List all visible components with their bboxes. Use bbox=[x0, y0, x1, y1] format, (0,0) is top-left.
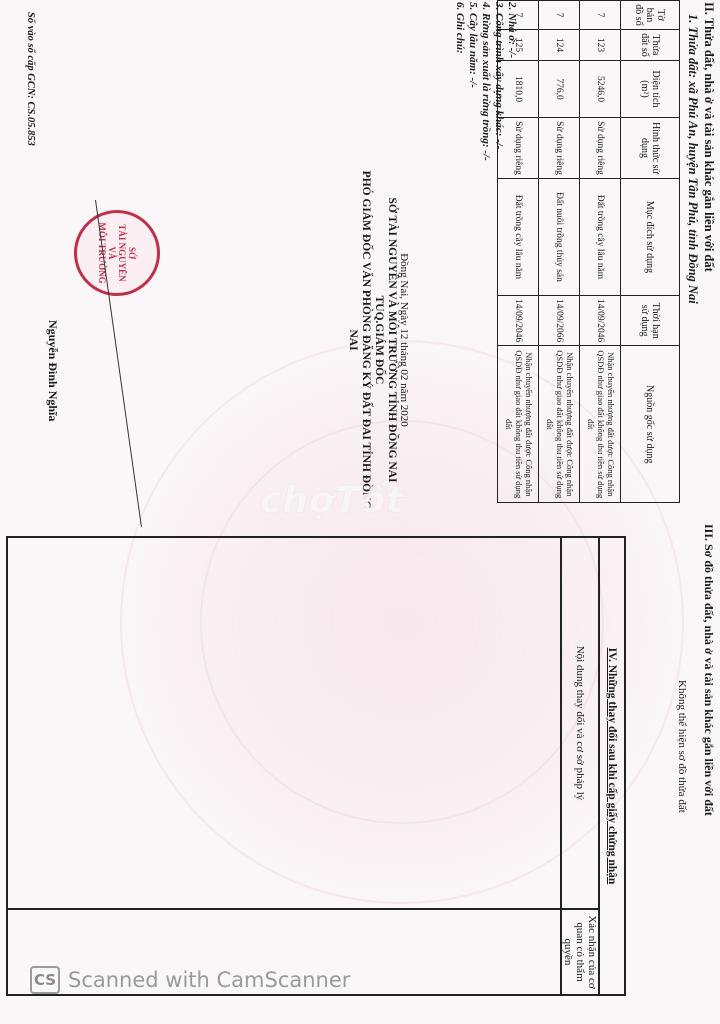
property-items: 2. Nhà ở: -/- 3. Công trình xây dựng khá… bbox=[453, 2, 518, 161]
cell-purpose: Đất trồng cây lâu năm bbox=[580, 179, 621, 296]
watermark: chợTốt bbox=[260, 480, 404, 521]
item-perennial-trees: 5. Cây lâu năm: -/- bbox=[466, 2, 479, 161]
cell-usage-form: Sử dụng riêng bbox=[539, 118, 580, 179]
stamp-line: VÀ bbox=[107, 247, 117, 260]
cell-area: 776,0 bbox=[539, 61, 580, 118]
item-notes: 6. Ghi chú: bbox=[453, 2, 466, 161]
col-change-content: Nội dung thay đổi và cơ sở pháp lý bbox=[562, 538, 598, 910]
cell-parcel-no: 123 bbox=[580, 30, 621, 61]
signer-name: Nguyễn Đình Nghĩa bbox=[45, 320, 60, 421]
issue-date: Đồng Nai, Ngày 12 tháng 02 năm 2020 bbox=[398, 170, 410, 510]
changes-table: IV. Những thay đổi sau khi cấp giấy chứn… bbox=[6, 536, 626, 996]
cell-term: 14/09/2046 bbox=[580, 296, 621, 346]
stamp-line: TÀI NGUYÊN bbox=[117, 224, 127, 281]
cell-origin: Nhận chuyển nhượng đất được Công nhận QS… bbox=[498, 346, 539, 503]
cell-parcel-no: 124 bbox=[539, 30, 580, 61]
changes-header-row: Nội dung thay đổi và cơ sở pháp lý Xác n… bbox=[560, 538, 598, 994]
diagram-and-changes-section: III. Sơ đồ thửa đất, nhà ở và tài sản kh… bbox=[0, 520, 720, 1024]
cell-origin: Nhận chuyển nhượng đất được Công nhận QS… bbox=[580, 346, 621, 503]
table-header-row: Tờ bản đồ số Thửa đất số Diện tích (m²) … bbox=[621, 1, 680, 503]
col-map-sheet: Tờ bản đồ số bbox=[621, 1, 680, 30]
cell-usage-form: Sử dụng riêng bbox=[580, 118, 621, 179]
col-parcel-no: Thửa đất số bbox=[621, 30, 680, 61]
changes-body-row bbox=[8, 538, 560, 994]
col-authority-confirmation: Xác nhận của cơ quan có thẩm quyền bbox=[562, 910, 598, 994]
cell-term: 14/09/2066 bbox=[539, 296, 580, 346]
col-origin: Nguồn gốc sử dụng bbox=[621, 346, 680, 503]
section-4-title: IV. Những thay đổi sau khi cấp giấy chứn… bbox=[598, 538, 624, 994]
table-row: 7 123 5246,0 Sử dụng riêng Đất trồng cây… bbox=[580, 1, 621, 503]
org-line-3: PHÓ GIÁM ĐỐC VĂN PHÒNG ĐĂNG KÝ ĐẤT ĐAI T… bbox=[346, 170, 372, 510]
camscanner-logo-icon: CS bbox=[30, 966, 60, 994]
stamp-line: SỞ bbox=[127, 247, 137, 259]
camscanner-badge: CS Scanned with CamScanner bbox=[30, 966, 350, 994]
org-line-1: SỞ TÀI NGUYÊN VÀ MÔI TRƯỜNG TỈNH ĐỒNG NA… bbox=[385, 170, 398, 510]
parcel-info-section: II. Thửa đất, nhà ở và tài sản khác gắn … bbox=[0, 0, 720, 520]
item-other-construction: 3. Công trình xây dựng khác: -/- bbox=[492, 2, 505, 161]
col-purpose: Mục đích sử dụng bbox=[621, 179, 680, 296]
no-diagram-note: Không thể hiện sơ đồ thửa đất bbox=[676, 680, 688, 813]
official-stamp: SỞ TÀI NGUYÊN VÀ MÔI TRƯỜNG bbox=[74, 210, 160, 296]
col-term: Thời hạn sử dụng bbox=[621, 296, 680, 346]
signature-block: Đồng Nai, Ngày 12 tháng 02 năm 2020 SỞ T… bbox=[346, 170, 410, 510]
item-planted-forest: 4. Rừng sản xuất là rừng trồng: -/- bbox=[479, 2, 492, 161]
org-line-2: TUQ.GIÁM ĐỐC bbox=[372, 170, 385, 510]
col-area: Diện tích (m²) bbox=[621, 61, 680, 118]
cell-area: 5246,0 bbox=[580, 61, 621, 118]
section-2-title: II. Thửa đất, nhà ở và tài sản khác gắn … bbox=[701, 2, 716, 272]
section-2-subtitle: 1. Thửa đất: xã Phú An, huyện Tân Phú, t… bbox=[685, 14, 700, 304]
item-house: 2. Nhà ở: -/- bbox=[505, 2, 518, 161]
cell-purpose: Đất trồng cây lâu năm bbox=[498, 179, 539, 296]
camscanner-text: Scanned with CamScanner bbox=[68, 968, 350, 992]
section-3-title: III. Sơ đồ thửa đất, nhà ở và tài sản kh… bbox=[701, 524, 716, 816]
col-usage-form: Hình thức sử dụng bbox=[621, 118, 680, 179]
cell-origin: Nhận chuyển nhượng đất được Công nhận QS… bbox=[539, 346, 580, 503]
cell-map-sheet: 7 bbox=[539, 1, 580, 30]
cell-purpose: Đất nuôi trồng thủy sản bbox=[539, 179, 580, 296]
table-row: 7 124 776,0 Sử dụng riêng Đất nuôi trồng… bbox=[539, 1, 580, 503]
change-content-cell bbox=[8, 538, 560, 910]
parcel-table: Tờ bản đồ số Thửa đất số Diện tích (m²) … bbox=[497, 0, 680, 503]
cell-map-sheet: 7 bbox=[580, 1, 621, 30]
gcn-number: Số vào sổ cấp GCN: CS.05.853 bbox=[25, 12, 36, 146]
cell-term: 14/09/2046 bbox=[498, 296, 539, 346]
